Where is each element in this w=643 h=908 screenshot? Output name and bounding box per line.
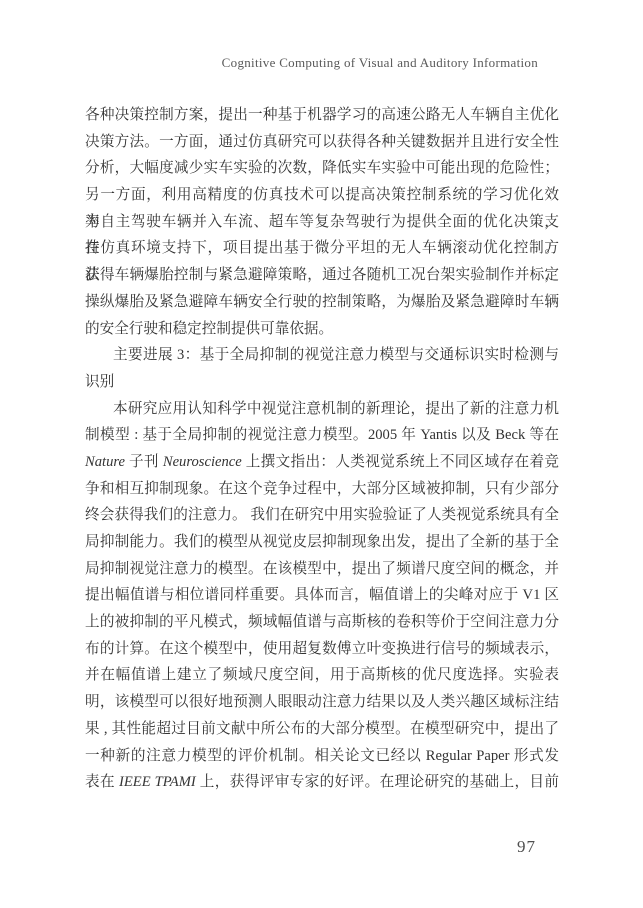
- text-line: 提出幅值谱与相位谱同样重要。具体而言，幅值谱上的尖峰对应于 V1 区: [85, 582, 559, 609]
- text-line: 表在 IEEE TPAMI 上，获得评审专家的好评。在理论研究的基础上，目前: [85, 769, 559, 796]
- text-segment: 一种新的注意力模型的评价机制。相关论文已经以 Regular Paper 形式发: [85, 748, 559, 764]
- italic-text: Nature: [85, 454, 125, 470]
- text-line: 局抑制视觉注意力的模型。在该模型中，提出了频谱尺度空间的概念，并: [85, 556, 559, 583]
- text-segment: 主要进展 3：基于全局抑制的视觉注意力模型与交通标识实时检测与: [113, 347, 559, 363]
- text-segment: 争和相互抑制现象。在这个竞争过程中，大部分区域被抑制，只有少部分: [85, 481, 559, 497]
- text-segment: 操纵爆胎及紧急避障车辆安全行驶的控制策略，为爆胎及紧急避障时车辆: [85, 294, 559, 310]
- text-line: 制模型 : 基于全局抑制的视觉注意力模型。2005 年 Yantis 以及 Be…: [85, 422, 559, 449]
- text-line: 各种决策控制方案，提出一种基于机器学习的高速公路无人车辆自主优化: [85, 102, 559, 129]
- text-line: 主要进展 3：基于全局抑制的视觉注意力模型与交通标识实时检测与: [85, 342, 559, 369]
- text-line: 另一方面，利用高精度的仿真技术可以提高决策控制系统的学习优化效率，: [85, 182, 559, 209]
- page-number: 97: [517, 837, 536, 857]
- text-line: 为自主驾驶车辆并入车流、超车等复杂驾驶行为提供全面的优化决策支持。: [85, 209, 559, 236]
- text-segment: 上，获得评审专家的好评。在理论研究的基础上，目前: [196, 774, 559, 790]
- text-segment: 终会获得我们的注意力。 我们在研究中用实验验证了人类视觉系统具有全: [85, 507, 559, 523]
- text-segment: 分析，大幅度减少实车实验的次数，降低实车实验中可能出现的危险性；: [85, 160, 559, 176]
- text-segment: 表在: [85, 774, 119, 790]
- text-line: 上的被抑制的平凡模式，频域幅值谱与高斯核的卷积等价于空间注意力分: [85, 609, 559, 636]
- text-segment: 识别: [85, 374, 114, 390]
- text-line: 的安全行驶和稳定控制提供可靠依据。: [85, 316, 559, 343]
- text-segment: 上的被抑制的平凡模式，频域幅值谱与高斯核的卷积等价于空间注意力分: [85, 614, 559, 630]
- italic-text: IEEE TPAMI: [119, 774, 196, 790]
- italic-text: Neuroscience: [163, 454, 242, 470]
- text-line: 果 , 其性能超过目前文献中所公布的大部分模型。在模型研究中，提出了: [85, 716, 559, 743]
- text-segment: 并在幅值谱上建立了频域尺度空间，用于高斯核的优尺度选择。实验表: [85, 667, 559, 683]
- text-segment: 布的计算。在这个模型中，使用超复数傅立叶变换进行信号的频域表示，: [85, 641, 559, 657]
- document-page: Cognitive Computing of Visual and Audito…: [0, 0, 643, 908]
- text-segment: 局抑制视觉注意力的模型。在该模型中，提出了频谱尺度空间的概念，并: [85, 561, 559, 577]
- text-line: 本研究应用认知科学中视觉注意机制的新理论，提出了新的注意力机: [85, 396, 559, 423]
- text-segment: 制模型 : 基于全局抑制的视觉注意力模型。2005 年 Yantis 以及 Be…: [85, 427, 559, 443]
- text-line: 一种新的注意力模型的评价机制。相关论文已经以 Regular Paper 形式发: [85, 743, 559, 770]
- text-segment: 的安全行驶和稳定控制提供可靠依据。: [85, 321, 333, 337]
- text-segment: 获得车辆爆胎控制与紧急避障策略，通过各随机工况台架实验制作并标定: [85, 267, 559, 283]
- text-line: 在仿真环境支持下，项目提出基于微分平坦的无人车辆滚动优化控制方法，: [85, 235, 559, 262]
- text-segment: 决策方法。一方面，通过仿真研究可以获得各种关键数据并且进行安全性: [85, 134, 559, 150]
- text-line: 局抑制能力。我们的模型从视觉皮层抑制现象出发，提出了全新的基于全: [85, 529, 559, 556]
- text-line: 明，该模型可以很好地预测人眼眼动注意力结果以及人类兴趣区域标注结: [85, 689, 559, 716]
- text-line: 布的计算。在这个模型中，使用超复数傅立叶变换进行信号的频域表示，: [85, 636, 559, 663]
- text-segment: 果 , 其性能超过目前文献中所公布的大部分模型。在模型研究中，提出了: [85, 721, 559, 737]
- text-segment: 子刊: [125, 454, 163, 470]
- text-segment: 局抑制能力。我们的模型从视觉皮层抑制现象出发，提出了全新的基于全: [85, 534, 559, 550]
- text-line: Nature 子刊 Neuroscience 上撰文指出：人类视觉系统上不同区域…: [85, 449, 559, 476]
- text-segment: 本研究应用认知科学中视觉注意机制的新理论，提出了新的注意力机: [113, 401, 559, 417]
- text-segment: 各种决策控制方案，提出一种基于机器学习的高速公路无人车辆自主优化: [85, 107, 559, 123]
- text-segment: 提出幅值谱与相位谱同样重要。具体而言，幅值谱上的尖峰对应于 V1 区: [85, 587, 559, 603]
- running-header: Cognitive Computing of Visual and Audito…: [222, 55, 538, 71]
- text-line: 操纵爆胎及紧急避障车辆安全行驶的控制策略，为爆胎及紧急避障时车辆: [85, 289, 559, 316]
- text-line: 争和相互抑制现象。在这个竞争过程中，大部分区域被抑制，只有少部分: [85, 476, 559, 503]
- text-line: 获得车辆爆胎控制与紧急避障策略，通过各随机工况台架实验制作并标定: [85, 262, 559, 289]
- text-segment: 上撰文指出：人类视觉系统上不同区域存在着竞: [242, 454, 559, 470]
- text-line: 分析，大幅度减少实车实验的次数，降低实车实验中可能出现的危险性；: [85, 155, 559, 182]
- text-line: 决策方法。一方面，通过仿真研究可以获得各种关键数据并且进行安全性: [85, 129, 559, 156]
- text-line: 终会获得我们的注意力。 我们在研究中用实验验证了人类视觉系统具有全: [85, 502, 559, 529]
- text-line: 并在幅值谱上建立了频域尺度空间，用于高斯核的优尺度选择。实验表: [85, 662, 559, 689]
- text-line: 识别: [85, 369, 559, 396]
- text-segment: 明，该模型可以很好地预测人眼眼动注意力结果以及人类兴趣区域标注结: [85, 694, 559, 710]
- body-text: 各种决策控制方案，提出一种基于机器学习的高速公路无人车辆自主优化决策方法。一方面…: [85, 102, 559, 796]
